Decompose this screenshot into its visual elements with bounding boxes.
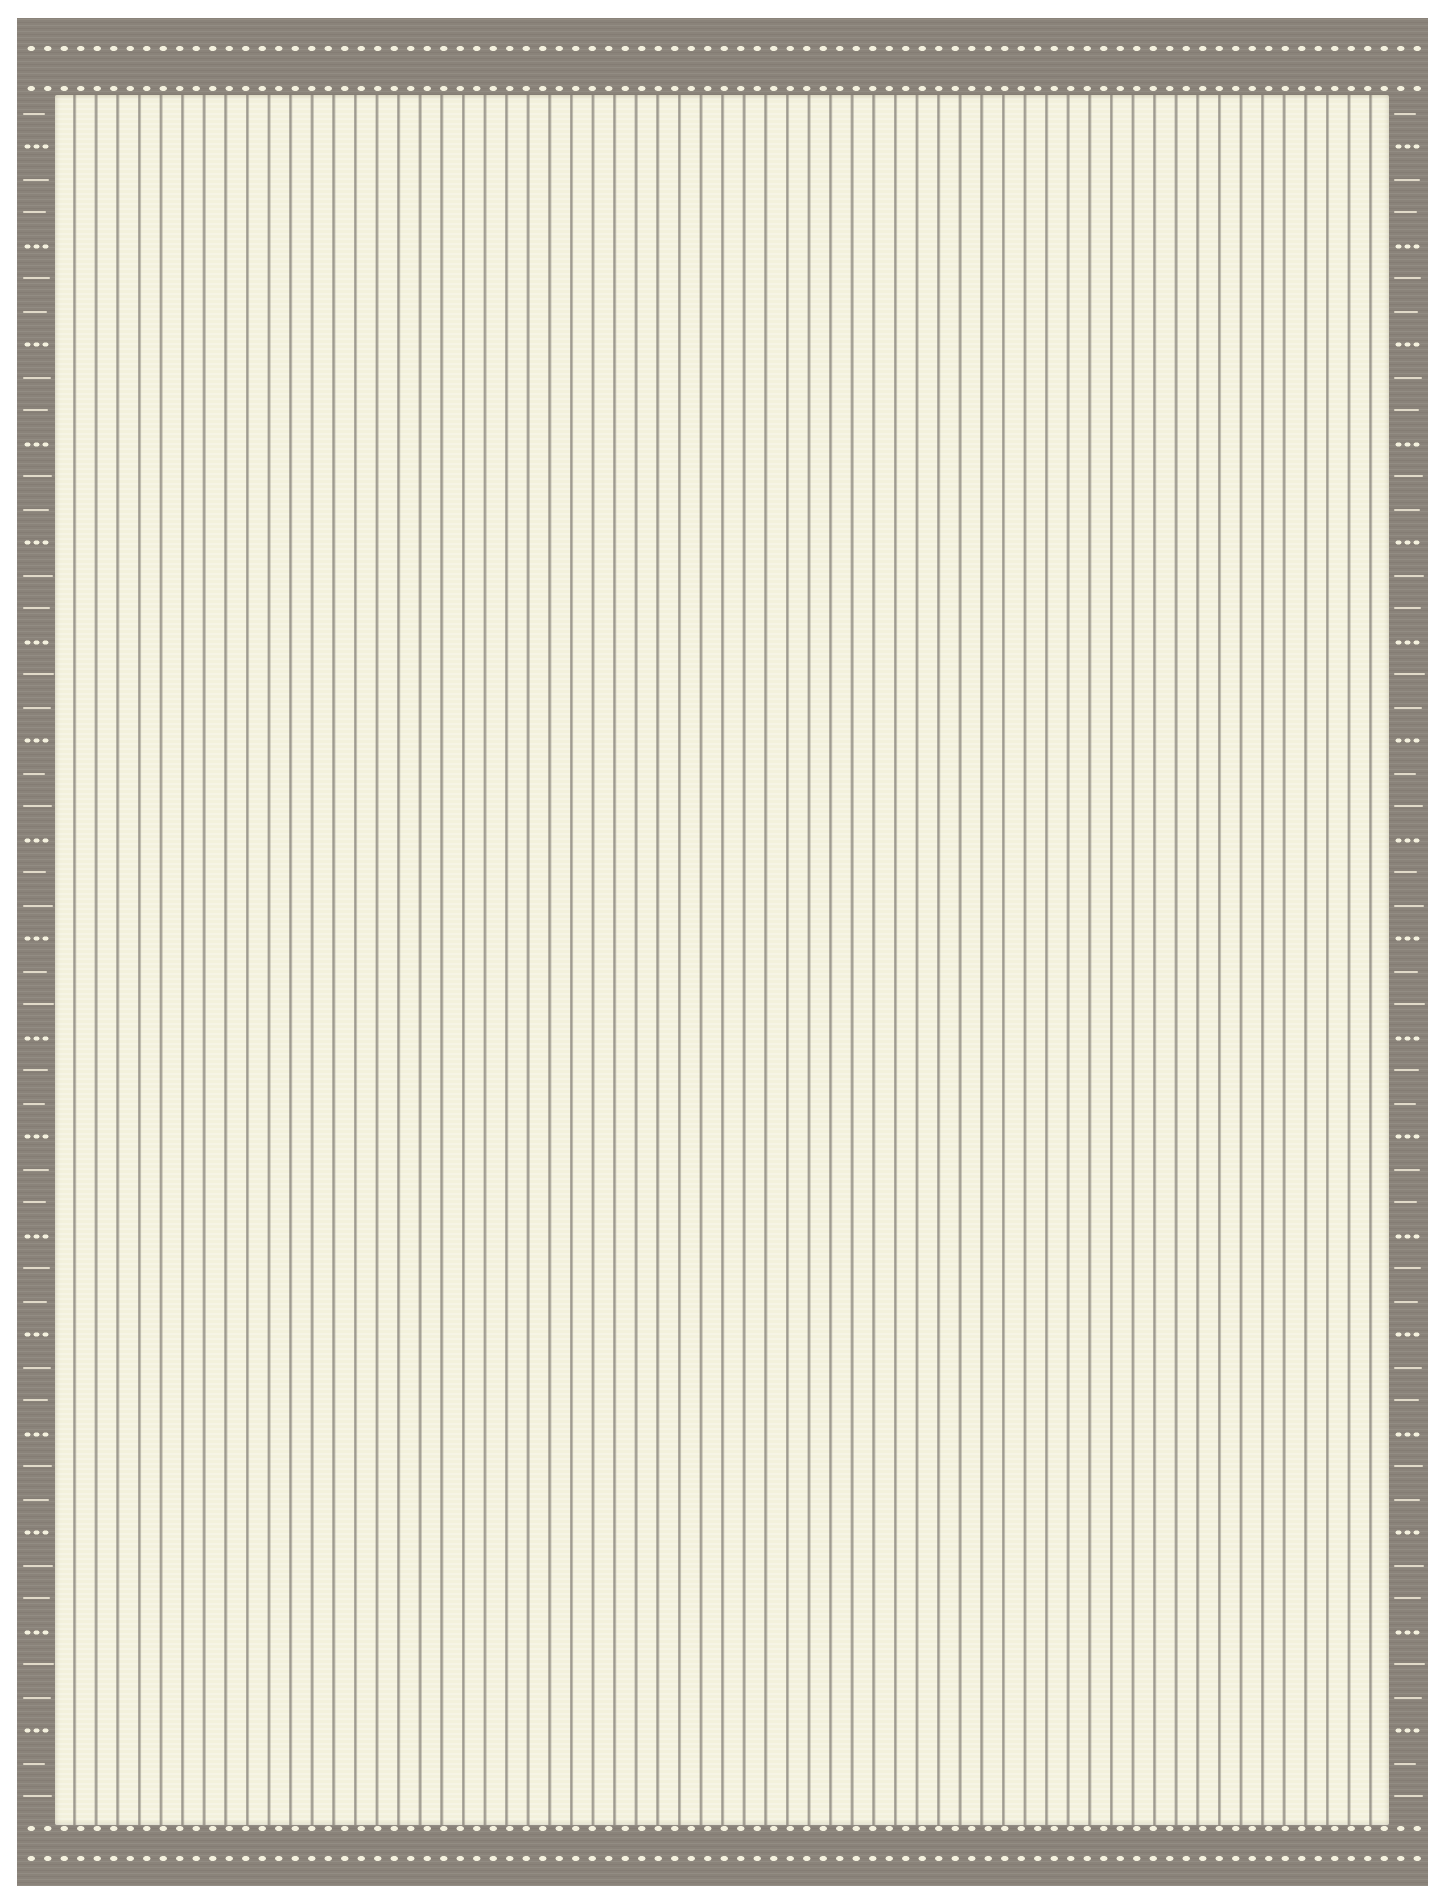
bottom-stitch-row-inner [23, 1825, 1423, 1832]
border-stitch-dots [1394, 243, 1420, 250]
border-dash [23, 1069, 48, 1071]
border-stitch-dots [23, 1331, 49, 1338]
border-stitch-dots [23, 539, 49, 546]
border-dash [23, 1663, 54, 1665]
border-dash [1394, 377, 1422, 379]
border-dash [23, 277, 50, 279]
border-dash [1394, 1103, 1416, 1105]
border-stitch-dots [23, 1529, 49, 1536]
top-stitch-row-inner [23, 85, 1423, 92]
border-dash [23, 1565, 53, 1567]
border-dash [1394, 1201, 1417, 1203]
border-stitch-dots [1394, 441, 1420, 448]
border-stitch-dots [1394, 639, 1420, 646]
border-dash [1394, 311, 1418, 313]
border-stitch-dots [1394, 1233, 1420, 1240]
border-stitch-dots [1394, 1529, 1420, 1536]
border-dash [1394, 607, 1421, 609]
border-dash [23, 1103, 45, 1105]
border-dash [1394, 673, 1425, 675]
border-dash [23, 475, 52, 477]
border-stitch-dots [1394, 143, 1420, 150]
border-dash [1394, 113, 1416, 115]
border-dash [23, 1267, 50, 1269]
border-dash [23, 575, 53, 577]
border-stitch-dots [1394, 1133, 1420, 1140]
border-stitch-dots [23, 341, 49, 348]
border-dash [23, 871, 46, 873]
border-stitch-dots [23, 1727, 49, 1734]
border-dash [23, 971, 47, 973]
border-stitch-dots [1394, 837, 1420, 844]
border-stitch-dots [1394, 539, 1420, 546]
border-dash [1394, 1301, 1418, 1303]
border-dash [23, 1499, 49, 1501]
border-dash [23, 179, 49, 181]
border-stitch-dots [23, 935, 49, 942]
border-dash [23, 377, 51, 379]
border-stitch-dots [23, 639, 49, 646]
border-stitch-dots [1394, 737, 1420, 744]
border-dash [1394, 707, 1422, 709]
left-border-marks [19, 18, 55, 1886]
border-dash [1394, 773, 1416, 775]
border-dash [1394, 211, 1417, 213]
border-dash [23, 1697, 51, 1699]
border-dash [1394, 1069, 1419, 1071]
border-dash [23, 607, 50, 609]
border-stitch-dots [23, 441, 49, 448]
border-stitch-dots [1394, 1727, 1420, 1734]
border-stitch-dots [1394, 1035, 1420, 1042]
bottom-stitch-row-outer [23, 1855, 1423, 1862]
border-dash [1394, 1795, 1423, 1797]
border-dash [23, 1301, 47, 1303]
border-dash [1394, 1763, 1416, 1765]
border-dash [23, 707, 51, 709]
border-dash [23, 805, 52, 807]
border-dash [1394, 1465, 1423, 1467]
border-dash [23, 1399, 48, 1401]
border-stitch-dots [23, 243, 49, 250]
border-stitch-dots [23, 1035, 49, 1042]
border-dash [23, 1597, 50, 1599]
border-stitch-dots [1394, 935, 1420, 942]
border-dash [23, 1367, 51, 1369]
border-dash [1394, 1367, 1422, 1369]
border-dash [1394, 905, 1424, 907]
right-border-marks [1390, 18, 1426, 1886]
border-dash [23, 113, 45, 115]
border-dash [23, 1201, 46, 1203]
border-dash [1394, 971, 1418, 973]
border-dash [23, 509, 49, 511]
border-dash [1394, 1169, 1420, 1171]
border-dash [1394, 509, 1420, 511]
border-dash [23, 211, 46, 213]
border-dash [23, 1169, 49, 1171]
border-dash [1394, 179, 1420, 181]
border-stitch-dots [1394, 341, 1420, 348]
border-dash [23, 311, 47, 313]
border-dash [1394, 575, 1424, 577]
rug-field [55, 95, 1389, 1825]
border-dash [1394, 1597, 1421, 1599]
rug: Rug [17, 18, 1428, 1886]
border-dash [1394, 1003, 1425, 1005]
border-dash [23, 1003, 54, 1005]
border-dash [23, 673, 54, 675]
border-dash [1394, 1697, 1422, 1699]
border-dash [1394, 1663, 1425, 1665]
border-stitch-dots [23, 1629, 49, 1636]
border-dash [23, 905, 53, 907]
border-dash [1394, 277, 1421, 279]
border-stitch-dots [23, 1233, 49, 1240]
top-stitch-row-outer [23, 45, 1423, 52]
border-dash [1394, 409, 1419, 411]
border-dash [23, 1795, 52, 1797]
border-dash [23, 1763, 45, 1765]
border-stitch-dots [1394, 1629, 1420, 1636]
border-dash [1394, 1267, 1421, 1269]
border-dash [1394, 1499, 1420, 1501]
border-stitch-dots [23, 1133, 49, 1140]
border-dash [1394, 475, 1423, 477]
border-dash [1394, 1399, 1419, 1401]
border-stitch-dots [23, 1431, 49, 1438]
border-dash [1394, 1565, 1424, 1567]
border-dash [1394, 805, 1423, 807]
border-stitch-dots [1394, 1431, 1420, 1438]
border-dash [1394, 871, 1417, 873]
border-stitch-dots [23, 737, 49, 744]
border-dash [23, 773, 45, 775]
border-dash [23, 409, 48, 411]
border-stitch-dots [23, 143, 49, 150]
border-stitch-dots [1394, 1331, 1420, 1338]
border-stitch-dots [23, 837, 49, 844]
border-dash [23, 1465, 52, 1467]
